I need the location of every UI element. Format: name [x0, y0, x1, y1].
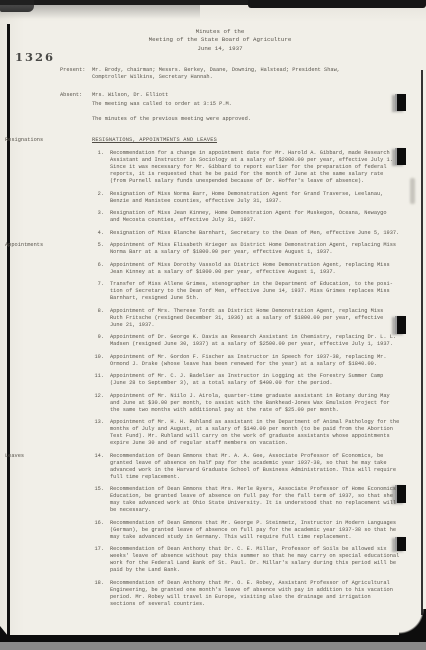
item-number: 2.	[92, 191, 104, 205]
item-text: Transfer of Miss Allene Grimes, stenogra…	[110, 281, 404, 302]
minutes-item-1: 1.Recommendation for a change in appoint…	[92, 150, 404, 185]
scan-edge-bottom-right-corner	[399, 609, 426, 642]
item-text: Recommendation of Dean Anthony that Mr. …	[110, 580, 404, 608]
edge-smudge	[410, 178, 415, 204]
document-title: Minutes of the Meeting of the State Boar…	[60, 28, 380, 53]
item-number: 16.	[92, 520, 104, 541]
item-number: 1.	[92, 150, 104, 185]
called-to-order-row: The meeting was called to order at 3:15 …	[92, 101, 404, 108]
scan-edge-bottom	[0, 635, 426, 642]
item-number: 8.	[92, 308, 104, 329]
minutes-item-4: 4.Resignation of Miss Blanche Barnhart, …	[92, 230, 404, 237]
item-text: Recommendation for a change in appointme…	[110, 150, 404, 185]
item-text: Appointment of Dr. George K. Davis as Re…	[110, 334, 404, 348]
minutes-item-12: 12.Appointment of Mr. Niilo J. Airola, q…	[92, 393, 404, 414]
minutes-item-5: Appointments5.Appointment of Miss Elisab…	[92, 242, 404, 256]
page-number-stamp: 1326	[15, 50, 55, 64]
minutes-approved-row: The minutes of the previous meeting were…	[92, 116, 404, 123]
item-text: Recommendation of Dean Emmons that Mr. A…	[110, 453, 404, 481]
scanner-background-bottom	[0, 642, 426, 650]
minutes-item-16: 16.Recommendation of Dean Emmons that Mr…	[92, 520, 404, 541]
minutes-item-17: 17.Recommendation of Dean Anthony that D…	[92, 546, 404, 574]
item-text: Resignation of Miss Blanche Barnhart, Se…	[110, 230, 404, 237]
minutes-item-6: 6.Appointment of Miss Dorothy Vassold as…	[92, 262, 404, 276]
margin-label-resignations: Resignations	[5, 137, 89, 144]
item-text: Appointment of Mr. C. J. Badelier as Ins…	[110, 373, 404, 387]
minutes-item-3: 3.Resignation of Miss Jean Kinney, Home …	[92, 210, 404, 224]
item-text: Resignation of Miss Jean Kinney, Home De…	[110, 210, 404, 224]
item-text: Resignation of Miss Norma Barr, Home Dem…	[110, 191, 404, 205]
document-body: Present: Mr. Brody, chairman; Messrs. Be…	[92, 67, 404, 613]
minutes-item-14: Leaves14.Recommendation of Dean Emmons t…	[92, 453, 404, 481]
item-text: Appointment of Mr. H. H. Ruhland as assi…	[110, 419, 404, 447]
minutes-item-7: 7.Transfer of Miss Allene Grimes, stenog…	[92, 281, 404, 302]
item-text: Recommendation of Dean Emmons that Mr. G…	[110, 520, 404, 541]
minutes-item-13: 13.Appointment of Mr. H. H. Ruhland as a…	[92, 419, 404, 447]
scan-edge-top-right-blob	[248, 0, 426, 8]
minutes-item-2: 2.Resignation of Miss Norma Barr, Home D…	[92, 191, 404, 205]
absent-label: Absent:	[60, 92, 92, 99]
margin-label-appointments: Appointments	[5, 242, 89, 249]
item-number: 7.	[92, 281, 104, 302]
minutes-item-9: 9.Appointment of Dr. George K. Davis as …	[92, 334, 404, 348]
item-number: 14.	[92, 453, 104, 481]
item-number: 17.	[92, 546, 104, 574]
item-number: 5.	[92, 242, 104, 256]
scan-edge-gray-wash	[0, 5, 200, 19]
present-label: Present:	[60, 67, 92, 74]
margin-label-leaves: Leaves	[5, 453, 89, 460]
item-text: Appointment of Miss Elisabeth Krieger as…	[110, 242, 404, 256]
minutes-item-10: 10.Appointment of Mr. Gordon F. Fischer …	[92, 354, 404, 368]
item-text: Appointment of Miss Dorothy Vassold as D…	[110, 262, 404, 276]
item-number: 9.	[92, 334, 104, 348]
section-heading: RESIGNATIONS, APPOINTMENTS AND LEAVES	[92, 137, 404, 144]
section-heading-row: Resignations RESIGNATIONS, APPOINTMENTS …	[92, 137, 404, 144]
minutes-item-18: 18.Recommendation of Dean Anthony that M…	[92, 580, 404, 608]
items-list: 1.Recommendation for a change in appoint…	[92, 150, 404, 608]
minutes-item-11: 11.Appointment of Mr. C. J. Badelier as …	[92, 373, 404, 387]
minutes-item-15: 15.Recommendation of Dean Emmons that Mr…	[92, 486, 404, 514]
item-number: 3.	[92, 210, 104, 224]
called-to-order-text: The meeting was called to order at 3:15 …	[92, 101, 404, 108]
scan-edge-right-line	[421, 70, 423, 615]
item-number: 13.	[92, 419, 104, 447]
scanned-minutes-page: 1326 Minutes of the Meeting of the State…	[0, 0, 426, 650]
present-row: Present: Mr. Brody, chairman; Messrs. Be…	[92, 67, 404, 81]
item-number: 15.	[92, 486, 104, 514]
minutes-item-8: 8.Appointment of Mrs. Therese Tordt as D…	[92, 308, 404, 329]
item-number: 6.	[92, 262, 104, 276]
absent-text: Mrs. Wilson, Dr. Elliott	[92, 92, 404, 99]
item-number: 18.	[92, 580, 104, 608]
title-line-minutes: Minutes of the	[60, 28, 380, 36]
item-text: Appointment of Mr. Niilo J. Airola, quar…	[110, 393, 404, 414]
absent-row: Absent: Mrs. Wilson, Dr. Elliott	[92, 92, 404, 99]
item-number: 4.	[92, 230, 104, 237]
item-text: Appointment of Mrs. Therese Tordt as Dis…	[110, 308, 404, 329]
minutes-approved-text: The minutes of the previous meeting were…	[92, 116, 404, 123]
item-number: 12.	[92, 393, 104, 414]
scan-edge-left-line	[7, 24, 10, 636]
item-number: 11.	[92, 373, 104, 387]
item-number: 10.	[92, 354, 104, 368]
title-line-date: June 14, 1937	[60, 45, 380, 53]
title-line-meeting: Meeting of the State Board of Agricultur…	[60, 36, 380, 44]
item-text: Recommendation of Dean Emmons that Mrs. …	[110, 486, 404, 514]
item-text: Recommendation of Dean Anthony that Dr. …	[110, 546, 404, 574]
item-text: Appointment of Mr. Gordon F. Fischer as …	[110, 354, 404, 368]
present-text: Mr. Brody, chairman; Messrs. Berkey, Daa…	[92, 67, 404, 81]
